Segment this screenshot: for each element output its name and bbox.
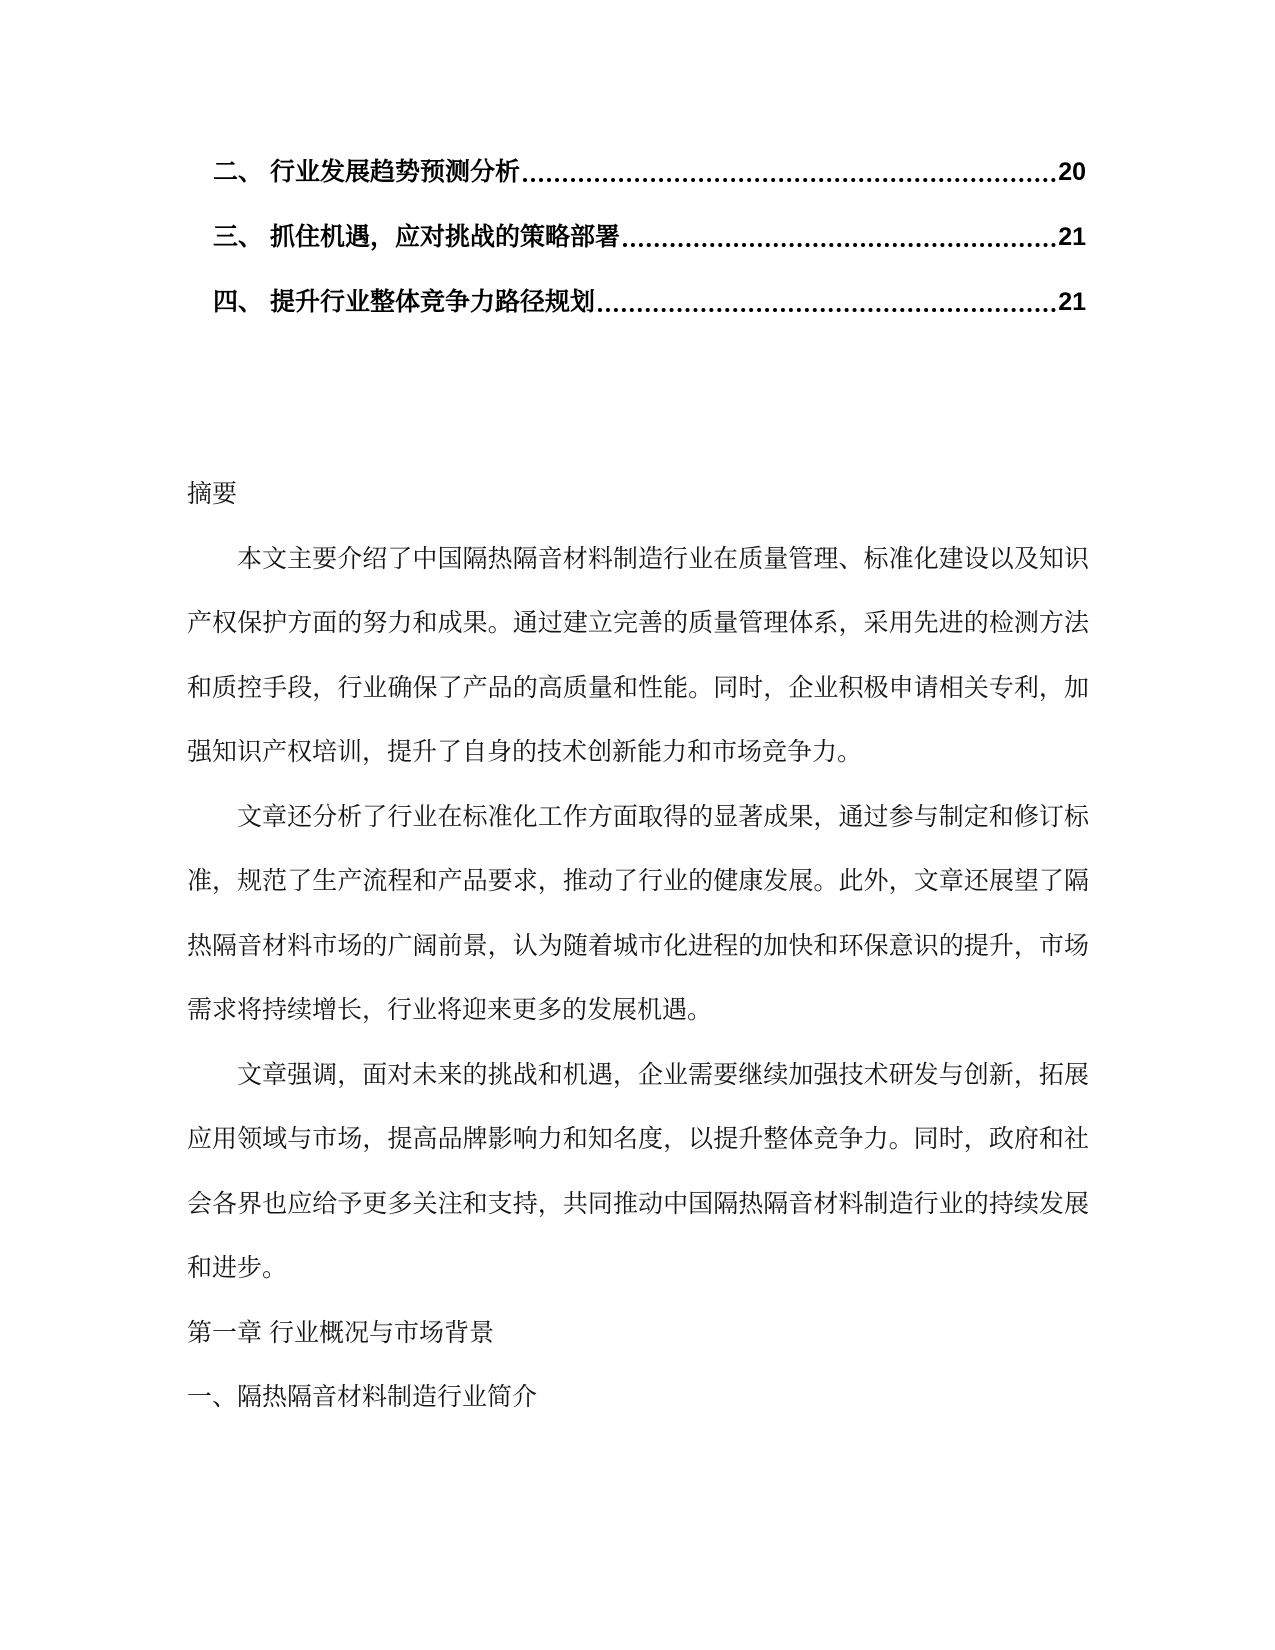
toc-entry-4[interactable]: 四、 提升行业整体竞争力路径规划 21 (213, 287, 1086, 317)
toc-dot-leader (623, 243, 1056, 247)
section-marker: 一、 (187, 1365, 237, 1430)
toc-entry-2[interactable]: 二、 行业发展趋势预测分析 20 (213, 157, 1086, 187)
toc-entry-marker: 二、 (213, 157, 270, 187)
document-body: 摘要 本文主要介绍了中国隔热隔音材料制造行业在质量管理、标准化建设以及知识产权保… (187, 462, 1089, 1430)
document-page: 二、 行业发展趋势预测分析 20 三、 抓住机遇，应对挑战的策略部署 21 四、… (0, 0, 1275, 1650)
abstract-paragraph-2: 文章还分析了行业在标准化工作方面取得的显著成果，通过参与制定和修订标准，规范了生… (187, 785, 1089, 1043)
table-of-contents: 二、 行业发展趋势预测分析 20 三、 抓住机遇，应对挑战的策略部署 21 四、… (213, 157, 1086, 352)
toc-entry-3[interactable]: 三、 抓住机遇，应对挑战的策略部署 21 (213, 222, 1086, 252)
section-title: 隔热隔音材料制造行业简介 (237, 1365, 1089, 1430)
toc-dot-leader (523, 178, 1056, 182)
chapter-1-heading: 第一章 行业概况与市场背景 (187, 1301, 1089, 1366)
toc-entry-title: 抓住机遇，应对挑战的策略部署 (270, 222, 620, 252)
toc-page-number: 21 (1058, 287, 1086, 317)
abstract-heading: 摘要 (187, 462, 1089, 527)
toc-entry-marker: 三、 (213, 222, 270, 252)
toc-page-number: 21 (1058, 222, 1086, 252)
toc-entry-title: 提升行业整体竞争力路径规划 (270, 287, 595, 317)
toc-entry-marker: 四、 (213, 287, 270, 317)
toc-dot-leader (598, 308, 1056, 312)
abstract-paragraph-3: 文章强调，面对未来的挑战和机遇，企业需要继续加强技术研发与创新，拓展应用领域与市… (187, 1043, 1089, 1301)
toc-entry-title: 行业发展趋势预测分析 (270, 157, 520, 187)
abstract-paragraph-1: 本文主要介绍了中国隔热隔音材料制造行业在质量管理、标准化建设以及知识产权保护方面… (187, 527, 1089, 785)
section-1-line: 一、 隔热隔音材料制造行业简介 (187, 1365, 1089, 1430)
toc-page-number: 20 (1058, 157, 1086, 187)
